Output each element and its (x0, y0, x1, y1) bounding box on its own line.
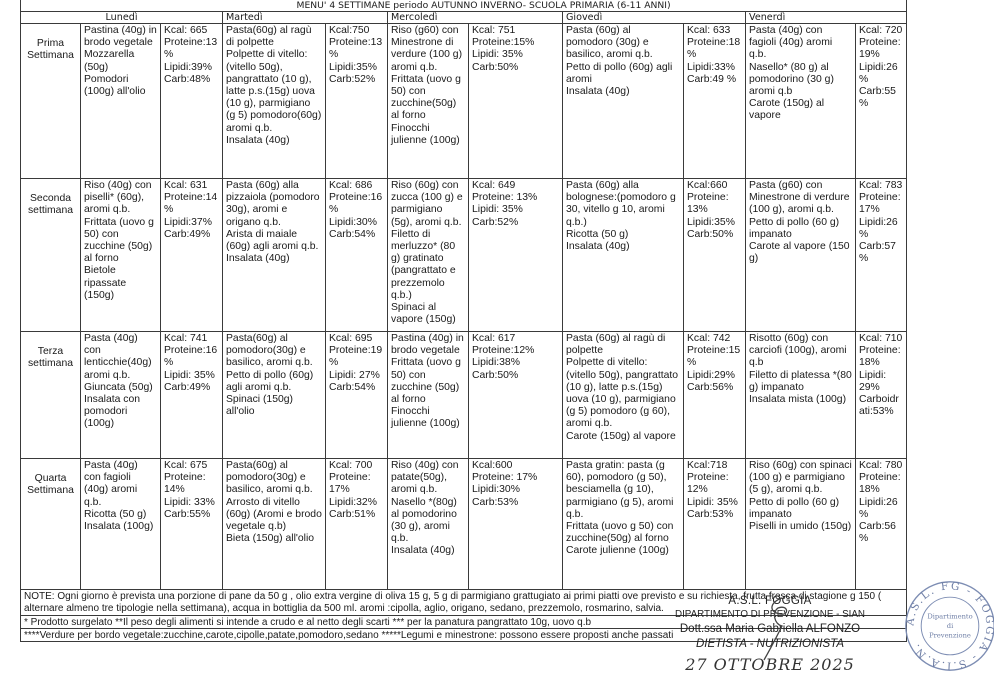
meal-nutrition: Kcal: 686Proteine:16 %Lipidi:30%Carb:54% (326, 179, 388, 332)
dish-item: Finocchi julienne (100g) (391, 406, 465, 430)
meal-nutrition: Kcal:750Proteine:13 %Lipidi:35%Carb:52% (326, 24, 388, 179)
meal-dishes: Pasta (60g) alla pizzaiola (pomodoro 30g… (223, 179, 326, 332)
meal-nutrition: Kcal:600Proteine: 17%Lipidi:30%Carb:53% (469, 459, 563, 590)
day-header-lunedi: Lunedì (21, 12, 223, 24)
nutrition-value: Kcal: 686 (329, 180, 384, 192)
meal-nutrition: Kcal: 700Proteine: 17%Lipidi:32%Carb:51% (326, 459, 388, 590)
dish-item: Pasta (40g) con fagioli (40g) aromi q.b. (84, 460, 157, 509)
nutrition-value: Lipidi:35% (329, 62, 384, 74)
dish-item: Bieta (150g) all'olio (226, 533, 322, 545)
dish-item: Insalata (40g) (566, 86, 680, 98)
dish-item: Pasta (60g) alla bolognese:(pomodoro g 3… (566, 180, 680, 229)
nutrition-value: Carb:55 % (859, 86, 903, 110)
svg-text:di: di (947, 622, 953, 630)
meal-nutrition: Kcal: 720Proteine: 19%Lipidi:26 %Carb:55… (856, 24, 907, 179)
nutrition-value: Proteine:19 % (329, 345, 384, 369)
meal-nutrition: Kcal: 649Proteine: 13%Lipidi: 35%Carb:52… (469, 179, 563, 332)
nutrition-value: Kcal: 631 (164, 180, 219, 192)
meal-nutrition: Kcal: 742Proteine:15 %Lipidi:29%Carb:56% (684, 332, 746, 459)
nutrition-value: Lipidi:29% (687, 370, 742, 382)
nutrition-value: Proteine:15% (472, 37, 559, 49)
nutrition-value: Lipidi:35% (687, 217, 742, 229)
nutrition-value: Lipidi: 35% (472, 204, 559, 216)
nutrition-value: Lipidi: 33% (164, 497, 219, 509)
dish-item: Spinaci al vapore (150g) (391, 302, 465, 326)
dish-item: Pasta (60g) al pomodoro (30g) e basilico… (566, 25, 680, 62)
meal-dishes: Riso (60g) con spinaci (100 g) e parmigi… (746, 459, 856, 590)
nutrition-value: Kcal: 780 (859, 460, 903, 472)
nutrition-value: Kcal:600 (472, 460, 559, 472)
nutrition-value: Lipidi:33% (687, 62, 742, 74)
nutrition-value: Carb:57 % (859, 241, 903, 265)
nutrition-value: Proteine:12% (472, 345, 559, 357)
nutrition-value: Proteine: 17% (859, 192, 903, 216)
nutrition-value: Carb:52% (472, 217, 559, 229)
nutrition-value: Kcal: 649 (472, 180, 559, 192)
nutrition-value: Lipidi: 27% (329, 370, 384, 382)
dish-item: Pomodori (100g) all'olio (84, 74, 157, 98)
dish-item: Pasta (60g) alla pizzaiola (pomodoro 30g… (226, 180, 322, 229)
nutrition-value: Lipidi:39% (164, 62, 219, 74)
dish-item: Arista di maiale (60g) agli aromi q.b. (226, 229, 322, 253)
week-row: PrimaSettimanaPastina (40g) in brodo veg… (21, 24, 907, 179)
dish-item: Riso (g60) con Minestrone di verdure (10… (391, 25, 465, 74)
meal-nutrition: Kcal: 695Proteine:19 % Lipidi: 27%Carb:5… (326, 332, 388, 459)
meal-dishes: Pasta (g60) con Minestrone di verdure (1… (746, 179, 856, 332)
nutrition-value: Lipidi:30% (329, 217, 384, 229)
meal-nutrition: Kcal:718Proteine: 12%Lipidi: 35%Carb:53% (684, 459, 746, 590)
nutrition-value: Carb:56% (687, 382, 742, 394)
nutrition-value: Kcal: 700 (329, 460, 384, 472)
dish-item: Pasta(60g) al pomodoro(30g) e basilico, … (226, 333, 322, 370)
dish-item: Carote julienne (100g) (566, 545, 680, 557)
nutrition-value: Carb:51% (329, 509, 384, 521)
nutrition-value: Proteine: 12% (687, 472, 742, 496)
meal-nutrition: Kcal: 631Proteine:14 %Lipidi:37%Carb:49% (161, 179, 223, 332)
dish-item: Pasta (g60) con Minestrone di verdure (1… (749, 180, 852, 217)
nutrition-value: Carb:54% (329, 229, 384, 241)
nutrition-value: Carb:49% (164, 382, 219, 394)
week-label: Terzasettimana (21, 332, 81, 459)
nutrition-value: Kcal: 665 (164, 25, 219, 37)
nutrition-value: Carb:50% (472, 62, 559, 74)
menu-table: MENU' 4 SETTIMANE periodo AUTUNNO INVERN… (20, 0, 907, 642)
dish-item: Insalata (40g) (226, 253, 322, 265)
meal-dishes: Pasta(60g) al pomodoro(30g) e basilico, … (223, 332, 326, 459)
meal-dishes: Pasta (40g) con lenticchie(40g) aromi q.… (81, 332, 161, 459)
meal-nutrition: Kcal: 633Proteine:18 % Lipidi:33%Carb:49… (684, 24, 746, 179)
page-title: MENU' 4 SETTIMANE periodo AUTUNNO INVERN… (21, 0, 907, 12)
nutrition-value: Kcal: 720 (859, 25, 903, 37)
nutrition-value: Kcal: 742 (687, 333, 742, 345)
dish-item: Insalata (40g) (391, 545, 465, 557)
dish-item: Piselli in umido (150g) (749, 521, 852, 533)
nutrition-value: Carb:54% (329, 382, 384, 394)
meal-nutrition: Kcal: 665Proteine:13 % Lipidi:39%Carb:48… (161, 24, 223, 179)
dish-item: Riso (60g) con zucca (100 g) e parmigian… (391, 180, 465, 229)
dish-item: Pastina (40g) in brodo vegetale (391, 333, 465, 357)
meal-nutrition: Kcal: 751Proteine:15% Lipidi: 35%Carb:50… (469, 24, 563, 179)
dish-item: Spinaci (150g) all'olio (226, 394, 322, 418)
meal-dishes: Pastina (40g) in brodo vegetaleFrittata … (388, 332, 469, 459)
nutrition-value: Kcal: 675 (164, 460, 219, 472)
nutrition-value: Kcal:718 (687, 460, 742, 472)
dish-item: Mozzarella (50g) (84, 49, 157, 73)
nutrition-value: Kcal: 617 (472, 333, 559, 345)
nutrition-value: Kcal: 633 (687, 25, 742, 37)
nutrition-value: Carb:48% (164, 74, 219, 86)
svg-text:Prevenzione: Prevenzione (929, 632, 971, 640)
dish-item: Bietole ripassate (150g) (84, 265, 157, 302)
dish-item: Risotto (60g) con carciofi (100g), aromi… (749, 333, 852, 370)
dish-item: Frittata (uovo g 50) con zucchine(50g) a… (391, 74, 465, 123)
meal-dishes: Pasta (60g) alla bolognese:(pomodoro g 3… (563, 179, 684, 332)
dish-item: Ricotta (50 g) (566, 229, 680, 241)
dish-item: Riso (40g) con patate(50g), aromi q.b. (391, 460, 465, 497)
dish-item: Insalata (100g) (84, 521, 157, 533)
nutrition-value: Lipidi:26 % (859, 217, 903, 241)
dish-item: Pasta(60g) al pomodoro(30g) e basilico, … (226, 460, 322, 497)
day-header-venerdi: Venerdì (746, 12, 907, 24)
dish-item: Insalata con pomodori (100g) (84, 394, 157, 431)
meal-nutrition: Kcal:660Proteine: 13%Lipidi:35%Carb:50% (684, 179, 746, 332)
dish-item: Riso (60g) con spinaci (100 g) e parmigi… (749, 460, 852, 497)
dish-item: Filetto di platessa *(80 g) impanato (749, 370, 852, 394)
nutrition-value: Proteine: 18% (859, 345, 903, 369)
nutrition-value: Carb:52% (329, 74, 384, 86)
nutrition-value: Proteine: 19% (859, 37, 903, 61)
dish-item: Petto di pollo (60 g) impanato (749, 497, 852, 521)
dish-item: Pasta (60g) al ragù di polpette (566, 333, 680, 357)
nutrition-value: Kcal:660 (687, 180, 742, 192)
nutrition-value: Proteine:13 % (164, 37, 219, 61)
nutrition-value: Carb:53% (472, 497, 559, 509)
nutrition-value: Proteine:14 % (164, 192, 219, 216)
nutrition-value: Lipidi:26 % (859, 62, 903, 86)
nutrition-value: Proteine:16 % (164, 345, 219, 369)
dish-item: Petto di pollo (60g) agli aromi q.b. (226, 370, 322, 394)
week-row: TerzasettimanaPasta (40g) con lenticchie… (21, 332, 907, 459)
nutrition-value: Carb:53% (687, 509, 742, 521)
week-row: SecondasettimanaRiso (40g) con piselli* … (21, 179, 907, 332)
meal-dishes: Risotto (60g) con carciofi (100g), aromi… (746, 332, 856, 459)
dish-item: Frittata (uovo g 50) con zucchine (50g) … (391, 357, 465, 406)
nutrition-value: Carb:49 % (687, 74, 742, 86)
dish-item: Nasello* (80 g) al pomodorino (30 g) aro… (749, 62, 852, 99)
nutrition-value: Proteine:15 % (687, 345, 742, 369)
nutrition-value: Lipidi:32% (329, 497, 384, 509)
week-label: PrimaSettimana (21, 24, 81, 179)
week-label: Secondasettimana (21, 179, 81, 332)
dish-item: Insalata (40g) (226, 135, 322, 147)
meal-dishes: Riso (40g) con piselli* (60g), aromi q.b… (81, 179, 161, 332)
nutrition-value: Proteine: 17% (329, 472, 384, 496)
meal-nutrition: Kcal: 617Proteine:12%Lipidi:38%Carb:50% (469, 332, 563, 459)
svg-text:Dipartimento: Dipartimento (927, 612, 972, 620)
meal-dishes: Pasta gratin: pasta (g 60), pomodoro (g … (563, 459, 684, 590)
dish-item: Finocchi julienne (100g) (391, 123, 465, 147)
dish-item: Insalata mista (100g) (749, 394, 852, 406)
meal-dishes: Pasta (60g) al pomodoro (30g) e basilico… (563, 24, 684, 179)
nutrition-value: Proteine: 13% (472, 192, 559, 204)
nutrition-value: Carb:49% (164, 229, 219, 241)
day-header-martedi: Martedì (223, 12, 388, 24)
nutrition-value: Proteine:13 % (329, 37, 384, 61)
day-header-giovedi: Giovedì (563, 12, 746, 24)
meal-nutrition: Kcal: 780Proteine: 18%Lipidi:26 %Carb:56… (856, 459, 907, 590)
nutrition-value: Lipidi: 29% (859, 370, 903, 394)
meal-dishes: Pasta(60g) al ragù di polpettePolpette d… (223, 24, 326, 179)
nutrition-value: Kcal:750 (329, 25, 384, 37)
dish-item: Frittata (uovo g 50) con zucchine(50g) a… (566, 521, 680, 545)
dish-item: Pasta (40g) con lenticchie(40g) aromi q.… (84, 333, 157, 382)
nutrition-value: Lipidi:26 % (859, 497, 903, 521)
nutrition-value: Proteine: 13% (687, 192, 742, 216)
day-header-mercoledi: Mercoledì (388, 12, 563, 24)
meal-dishes: Pastina (40g) in brodo vegetaleMozzarell… (81, 24, 161, 179)
nutrition-value: Carb:50% (472, 370, 559, 382)
meal-nutrition: Kcal: 741Proteine:16 %Lipidi: 35%Carb:49… (161, 332, 223, 459)
nutrition-value: Carb:55% (164, 509, 219, 521)
nutrition-value: Proteine: 17% (472, 472, 559, 484)
nutrition-value: Lipidi: 35% (472, 49, 559, 61)
nutrition-value: Carb:50% (687, 229, 742, 241)
dish-item: Giuncata (50g) (84, 382, 157, 394)
dish-item: Carote (150g) al vapore (749, 98, 852, 122)
meal-nutrition: Kcal: 675Proteine: 14%Lipidi: 33%Carb:55… (161, 459, 223, 590)
dish-item: Nasello *(80g) al pomodorino (30 g), aro… (391, 497, 465, 546)
official-stamp-icon: A.S.L. FG - FOGGIA - S.I.A.N. Dipartimen… (902, 578, 994, 674)
dish-item: Petto di pollo (60 g) impanato (749, 217, 852, 241)
dish-item: Carote (150g) al vapore (566, 431, 680, 443)
meal-dishes: Pasta (40g) con fagioli (40g) aromi q.b.… (81, 459, 161, 590)
nutrition-value: Kcal: 710 (859, 333, 903, 345)
dish-item: Insalata (40g) (566, 241, 680, 253)
nutrition-value: Lipidi:38% (472, 357, 559, 369)
nutrition-value: Kcal: 695 (329, 333, 384, 345)
dish-item: Polpette di vitello: (vitello 50g), pang… (566, 357, 680, 430)
dish-item: Carote al vapore (150 g) (749, 241, 852, 265)
dish-item: Frittata (uovo g 50) con zucchine (50g) … (84, 217, 157, 266)
dish-item: Pasta(60g) al ragù di polpette (226, 25, 322, 49)
meal-dishes: Pasta (40g) con fagioli (40g) aromi q.b.… (746, 24, 856, 179)
day-header-row: Lunedì Martedì Mercoledì Giovedì Venerdì (21, 12, 907, 24)
nutrition-value: Lipidi:37% (164, 217, 219, 229)
dish-item: Riso (40g) con piselli* (60g), aromi q.b… (84, 180, 157, 217)
dish-item: Arrosto di vitello (60g) (Aromi e brodo … (226, 497, 322, 534)
dish-item: Pasta (40g) con fagioli (40g) aromi q.b. (749, 25, 852, 62)
dish-item: Petto di pollo (60g) agli aromi (566, 62, 680, 86)
nutrition-value: Proteine: 18% (859, 472, 903, 496)
nutrition-value: Kcal: 741 (164, 333, 219, 345)
nutrition-value: Lipidi: 35% (164, 370, 219, 382)
meal-nutrition: Kcal: 710Proteine: 18%Lipidi: 29%Carboid… (856, 332, 907, 459)
week-row: QuartaSettimanaPasta (40g) con fagioli (… (21, 459, 907, 590)
nutrition-value: Lipidi: 35% (687, 497, 742, 509)
meal-dishes: Riso (g60) con Minestrone di verdure (10… (388, 24, 469, 179)
meal-dishes: Riso (60g) con zucca (100 g) e parmigian… (388, 179, 469, 332)
handwritten-signature-icon (760, 594, 800, 664)
nutrition-value: Carboidr ati:53% (859, 394, 903, 418)
meal-dishes: Riso (40g) con patate(50g), aromi q.b.Na… (388, 459, 469, 590)
nutrition-value: Carb:56 % (859, 521, 903, 545)
nutrition-value: Proteine:18 % (687, 37, 742, 61)
nutrition-value: Kcal: 751 (472, 25, 559, 37)
meal-dishes: Pasta (60g) al ragù di polpettePolpette … (563, 332, 684, 459)
dish-item: Ricotta (50 g) (84, 509, 157, 521)
dish-item: Pasta gratin: pasta (g 60), pomodoro (g … (566, 460, 680, 521)
nutrition-value: Kcal: 783 (859, 180, 903, 192)
menu-sheet: MENU' 4 SETTIMANE periodo AUTUNNO INVERN… (20, 0, 906, 642)
nutrition-value: Proteine: 14% (164, 472, 219, 496)
dish-item: Polpette di vitello: (vitello 50g), pang… (226, 49, 322, 134)
nutrition-value: Proteine:16 % (329, 192, 384, 216)
nutrition-value: Lipidi:30% (472, 484, 559, 496)
meal-nutrition: Kcal: 783Proteine: 17%Lipidi:26 %Carb:57… (856, 179, 907, 332)
signature-block: A.S.L. FOGGIA DIPARTIMENTO DI PREVENZION… (655, 594, 885, 676)
dish-item: Filetto di merluzzo* (80 g) gratinato (p… (391, 229, 465, 302)
dish-item: Pastina (40g) in brodo vegetale (84, 25, 157, 49)
week-label: QuartaSettimana (21, 459, 81, 590)
meal-dishes: Pasta(60g) al pomodoro(30g) e basilico, … (223, 459, 326, 590)
